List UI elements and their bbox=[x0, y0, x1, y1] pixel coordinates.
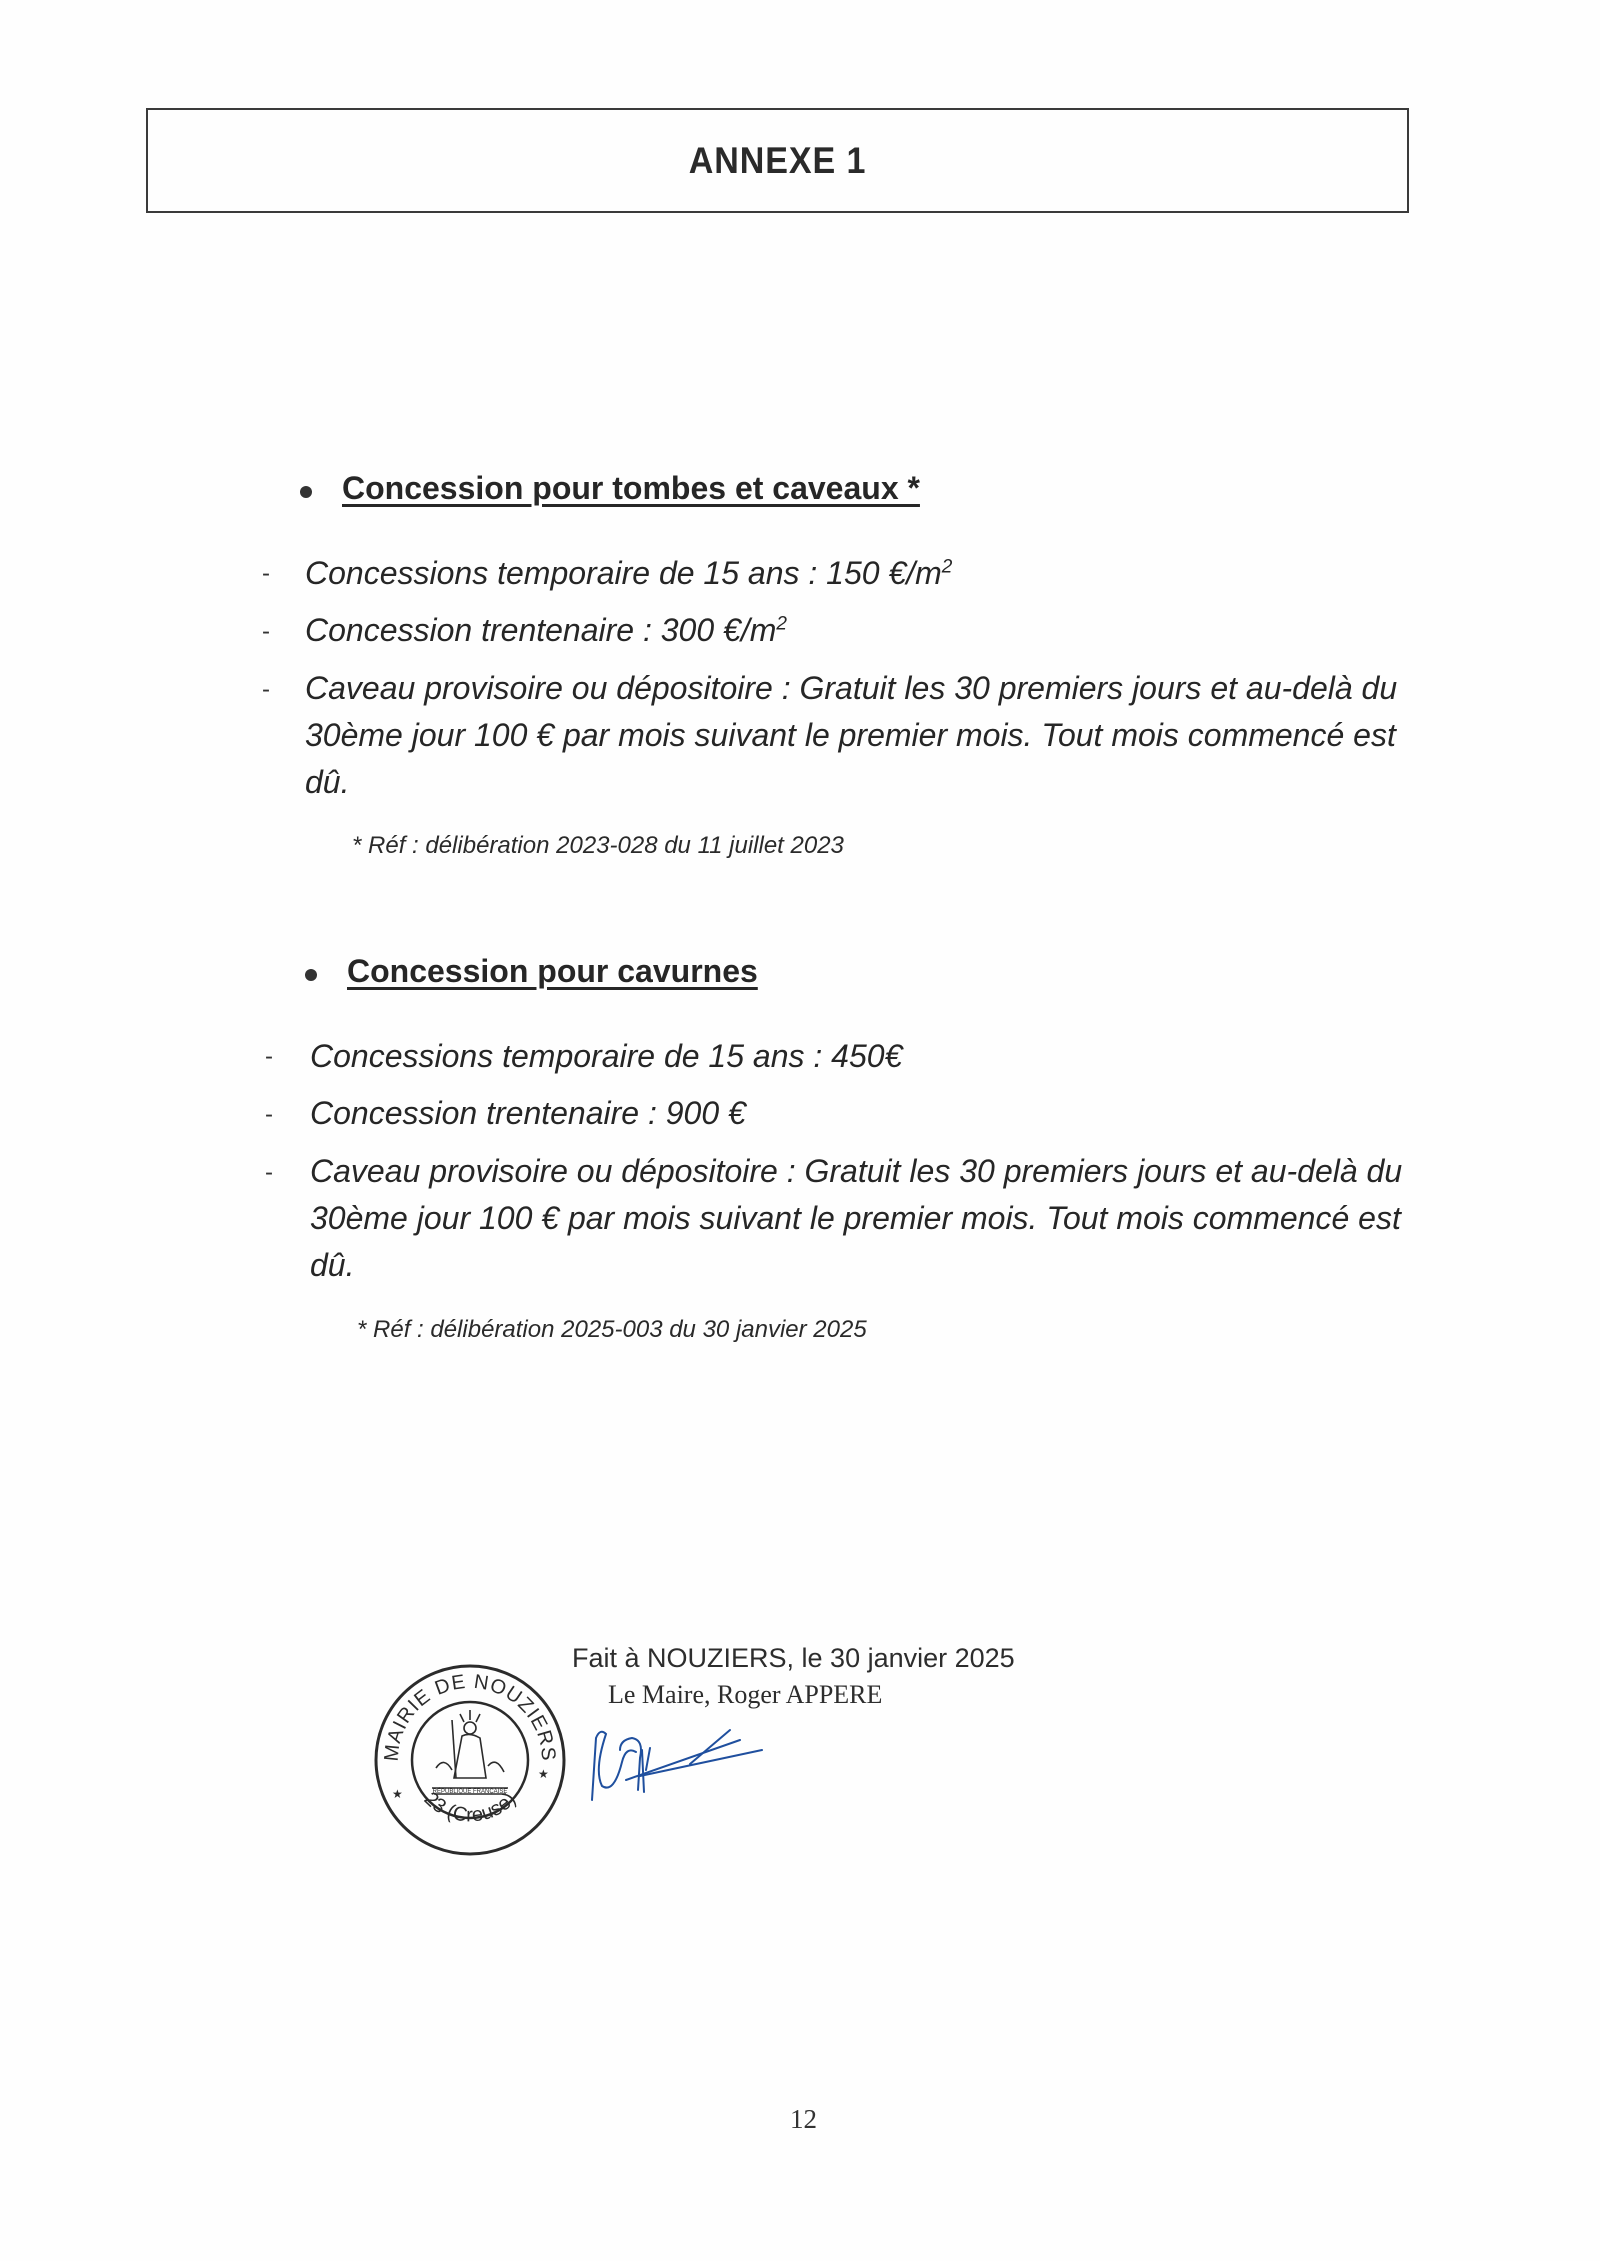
signature-icon bbox=[580, 1710, 780, 1820]
place-date: Fait à NOUZIERS, le 30 janvier 2025 bbox=[572, 1643, 1015, 1674]
dash-icon: - bbox=[265, 1159, 273, 1187]
svg-text:★: ★ bbox=[392, 1787, 403, 1801]
town-hall-stamp-icon: MAIRIE DE NOUZIERS 23 (Creuse) ★ ★ RÉPUB… bbox=[370, 1660, 570, 1860]
annex-title: ANNEXE 1 bbox=[689, 140, 867, 182]
dash-icon: - bbox=[262, 676, 270, 704]
reference-note: * Réf : délibération 2023-028 du 11 juil… bbox=[352, 832, 844, 860]
list-item: Concessions temporaire de 15 ans : 450€ bbox=[310, 1033, 1460, 1080]
list-item: Concessions temporaire de 15 ans : 150 €… bbox=[305, 550, 1455, 597]
reference-note: * Réf : délibération 2025-003 du 30 janv… bbox=[357, 1316, 867, 1344]
svg-text:RÉPUBLIQUE FRANÇAISE: RÉPUBLIQUE FRANÇAISE bbox=[433, 1788, 508, 1795]
signatory-name: Le Maire, Roger APPERE bbox=[608, 1680, 882, 1710]
svg-text:★: ★ bbox=[538, 1767, 549, 1781]
dash-icon: - bbox=[265, 1101, 273, 1129]
section-heading-tombes: Concession pour tombes et caveaux * bbox=[300, 470, 920, 507]
list-item: Caveau provisoire ou dépositoire : Gratu… bbox=[305, 665, 1425, 806]
dash-icon: - bbox=[265, 1043, 273, 1071]
section-heading-cavurnes: Concession pour cavurnes bbox=[305, 953, 758, 990]
list-item: Concession trentenaire : 300 €/m2 bbox=[305, 607, 1455, 654]
annex-title-box: ANNEXE 1 bbox=[146, 108, 1409, 213]
dash-icon: - bbox=[262, 560, 270, 588]
dash-icon: - bbox=[262, 618, 270, 646]
bullet-icon bbox=[300, 486, 312, 498]
page-number: 12 bbox=[790, 2104, 817, 2135]
document-page: ANNEXE 1 Concession pour tombes et cavea… bbox=[0, 0, 1600, 2261]
section-heading-text: Concession pour tombes et caveaux * bbox=[342, 470, 920, 507]
bullet-icon bbox=[305, 969, 317, 981]
list-item: Concession trentenaire : 900 € bbox=[310, 1090, 1460, 1137]
section-heading-text: Concession pour cavurnes bbox=[347, 953, 758, 990]
list-item: Caveau provisoire ou dépositoire : Gratu… bbox=[310, 1148, 1430, 1289]
